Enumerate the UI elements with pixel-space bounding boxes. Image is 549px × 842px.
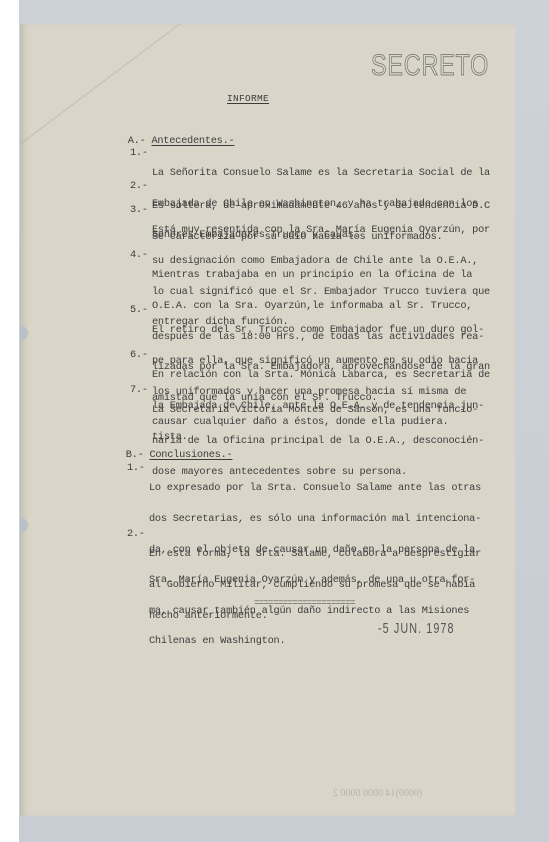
classification-stamp: SECRETO [371,49,489,83]
text-line: dos Secretarias, es sólo una información… [149,514,481,524]
document-title: INFORME [227,94,269,104]
date-stamp: -5 JUN. 1978 [378,620,455,637]
text-line: Mientras trabajaba en un principio en la… [152,270,490,280]
list-item-a3: 3.- Está muy resentida con la Sra. María… [130,205,510,246]
list-item-a7: 7.- La Secretaria Victoria Montes de San… [130,385,510,426]
item-number: 4.- [130,250,148,260]
list-item-a4: 4.- Mientras trabajaba en un principio e… [130,250,510,291]
item-number: 3.- [130,205,148,215]
punch-hole-icon [20,326,28,340]
section-title: Conclusiones.- [149,449,232,461]
item-number: 6.- [130,350,148,360]
punch-hole-icon [20,518,28,532]
separator-line: ===================== [254,598,355,608]
item-number: 1.- [127,463,145,473]
item-number: 2.- [127,529,145,539]
bleed-through-text: (0000)14 0000 0000 2 [333,788,422,799]
list-item-b2: 2.- En esta forma, la Srta. Salame, cola… [127,529,507,570]
document-page: SECRETO INFORME A.- Antecedentes.- 1.- L… [20,24,515,816]
section-title: Antecedentes.- [151,135,234,147]
text-line: El retiro del Sr. Trucco como Embajador … [152,325,484,335]
section-letter: B.- [126,449,144,461]
list-item-a5: 5.- El retiro del Sr. Trucco como Embaja… [130,305,510,346]
text-line: Está muy resentida con la Sra. María Eug… [152,225,490,235]
text-line: La Secretaria Victoria Montes de Sanson,… [152,405,484,415]
list-item-b1: 1.- Lo expresado por la Srta. Consuelo S… [127,463,507,504]
text-line: En esta forma, la Srta. Salame, colabora… [149,549,481,559]
text-line: al Gobierno Militar, cumpliendo su prome… [149,580,481,590]
text-line: En relación con la Srta. Mónica Labarca,… [152,370,490,380]
text-line: Lo expresado por la Srta. Consuelo Salam… [149,483,481,493]
text-line: La Señorita Consuelo Salame es la Secret… [152,168,490,178]
item-number: 2.- [130,181,148,191]
item-number: 7.- [130,385,148,395]
section-letter: A.- [128,135,146,147]
item-number: 1.- [130,148,148,158]
item-number: 5.- [130,305,148,315]
